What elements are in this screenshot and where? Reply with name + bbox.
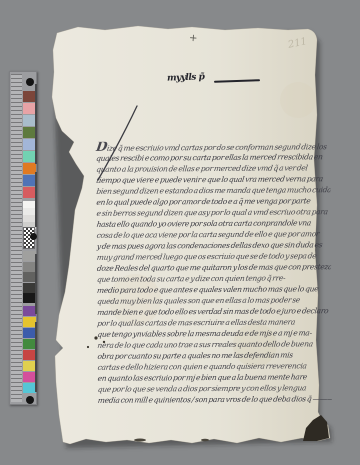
registration-dot (30, 233, 37, 240)
calibration-label-column (11, 74, 22, 402)
edge-speck (201, 439, 209, 441)
calibration-edge-bar (35, 254, 37, 314)
color-calibration-target (9, 71, 37, 405)
manuscript-text-block: Dize q̃ me escriuio vmd cartas por do se… (96, 140, 332, 406)
wormhole-speck (87, 346, 89, 348)
registration-dot (26, 396, 34, 404)
calibration-edge-bar (35, 322, 37, 392)
paper-stain (280, 82, 316, 118)
invocation-cross: + (189, 33, 198, 45)
calibration-edge-bar (35, 172, 37, 227)
edge-speck (134, 439, 146, 442)
manuscript-line: media con mill e quinientos / son para v… (97, 393, 332, 406)
docket-inscription: myylls p̃ (167, 72, 205, 83)
photograph-stage: + myylls p̃ 211 Dize q̃ me escriuio vmd … (0, 0, 360, 465)
registration-dot (26, 78, 34, 86)
calibration-edge-bar (35, 84, 37, 164)
